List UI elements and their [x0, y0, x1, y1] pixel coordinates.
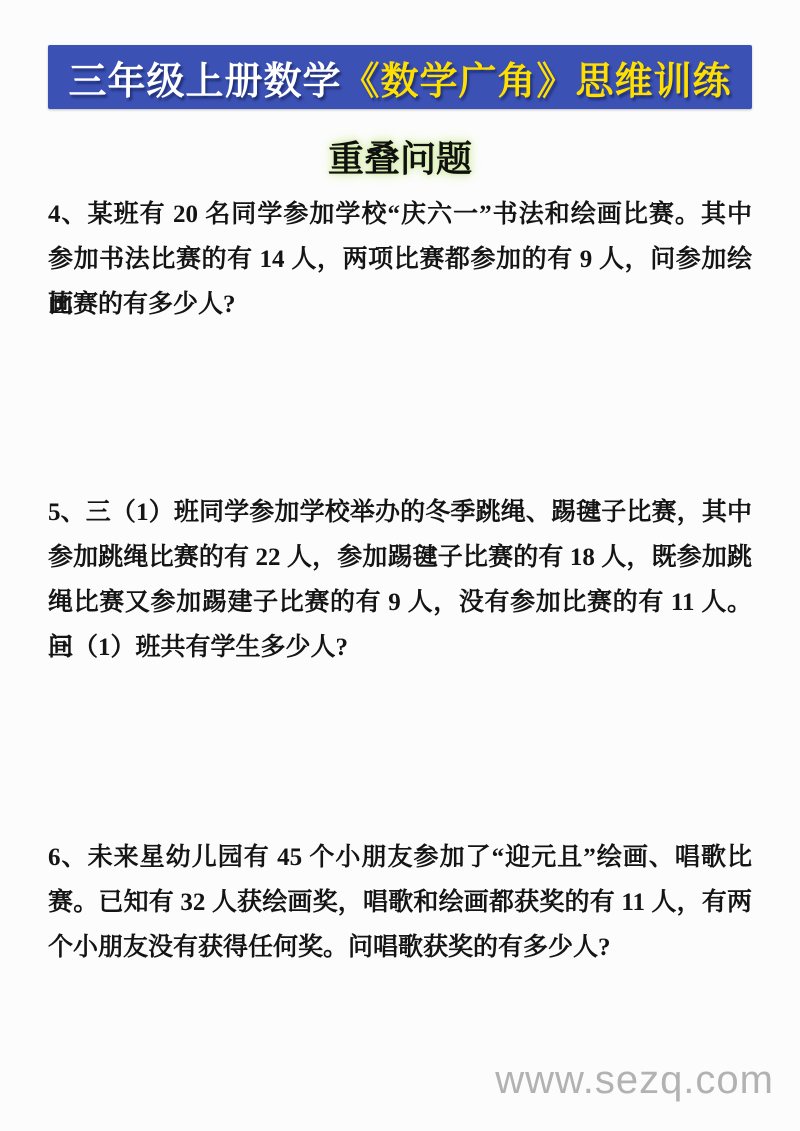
problem-6-line-3: 个小朋友没有获得任何奖。问唱歌获奖的有多少人? [48, 925, 752, 970]
title-banner: 三年级上册数学 《数学广角》思维训练 [48, 45, 752, 109]
title-banner-text-yellow: 《数学广角》思维训练 [342, 50, 732, 105]
problem-6-line-1: 6、未来星幼儿园有 45 个小朋友参加了“迎元且”绘画、唱歌比 [48, 835, 752, 880]
watermark: www.sezq.com [495, 1058, 774, 1103]
problem-5: 5、三（1）班同学参加学校举办的冬季跳绳、踢毽子比赛，其中 参加跳绳比赛的有 2… [48, 490, 752, 670]
problem-6: 6、未来星幼儿园有 45 个小朋友参加了“迎元且”绘画、唱歌比 赛。已知有 32… [48, 835, 752, 970]
problem-4-line-2: 参加书法比赛的有 14 人，两项比赛都参加的有 9 人，问参加绘画 [48, 237, 752, 282]
section-subtitle: 重叠问题 [0, 131, 800, 182]
problem-4: 4、某班有 20 名同学参加学校“庆六一”书法和绘画比赛。其中 参加书法比赛的有… [48, 192, 752, 327]
problem-5-line-4: 三（1）班共有学生多少人? [48, 625, 752, 670]
problem-5-line-1: 5、三（1）班同学参加学校举办的冬季跳绳、踢毽子比赛，其中 [48, 490, 752, 535]
problem-4-line-3: 比赛的有多少人? [48, 282, 752, 327]
problem-5-line-3: 绳比赛又参加踢建子比赛的有 9 人，没有参加比赛的有 11 人。问 [48, 580, 752, 625]
problem-5-line-2: 参加跳绳比赛的有 22 人，参加踢毽子比赛的有 18 人，既参加跳 [48, 535, 752, 580]
problem-6-line-2: 赛。已知有 32 人获绘画奖，唱歌和绘画都获奖的有 11 人，有两 [48, 880, 752, 925]
problem-4-line-1: 4、某班有 20 名同学参加学校“庆六一”书法和绘画比赛。其中 [48, 192, 752, 237]
title-banner-text-white: 三年级上册数学 [68, 50, 341, 105]
